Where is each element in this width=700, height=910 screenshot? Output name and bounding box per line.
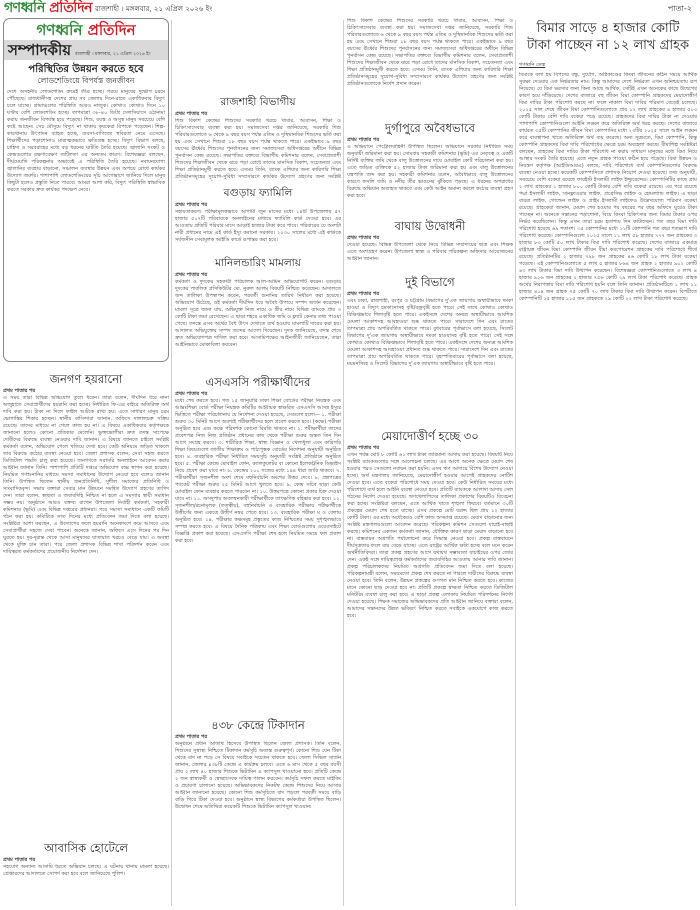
article-headline: রাজশাহী বিভাগীয়: [175, 96, 341, 109]
article-kicker: প্রথম পাতার পর: [347, 137, 513, 144]
article-body: সহায়তাকরণ। পরীক্ষামূলকভাবে আগামী জুন মা…: [175, 209, 341, 251]
article-body: অনুষ্ঠানে প্রধান অতিথি হিসেবে উপস্থিত ছি…: [175, 741, 341, 871]
article-kicker: প্রথম পাতার পর: [347, 445, 513, 452]
logo-part-green: গণধ্বনি: [4, 0, 45, 16]
editorial-logo: গণধ্বনি প্রতিদিন: [7, 21, 165, 39]
article-body: কর্মকর্তা ও দুদকের সহকারী পরিচালক আল-আমি…: [175, 279, 341, 370]
article-money-laundering: মানিলন্ডারিং মামলায় প্রথম পাতার পর কর্ম…: [175, 252, 341, 371]
article-headline: মানিলন্ডারিং মামলায়: [175, 257, 341, 270]
article-baghai: বাঘায় উদ্বোধনী প্রথম পাতার পর দেওয়া হয…: [347, 215, 513, 271]
article-jonogon: জনগণ হয়রানো প্রথম পাতার পর এ সময় তারা …: [3, 368, 169, 837]
article-headline: বগুড়ায় ফ্যামিলি: [175, 187, 341, 200]
article-byline: গণধ্বনি ডেস্ক: [519, 62, 697, 69]
article-kicker: প্রথম পাতার পর: [175, 391, 341, 398]
page-number: পাতা-২: [668, 3, 692, 16]
article-kicker: প্রথম পাতার পর: [175, 272, 341, 279]
article-body: এবং ঢাকা, রাজশাহী, রংপুর ও চট্টগ্রাম বিভ…: [347, 298, 513, 424]
editorial-date: রাজশাহী । মঙ্গলবার, ২১ এপ্রিল ২০২৬ ইং: [75, 51, 150, 58]
article-tika: ৪৩৮ কেন্দ্রে টিকাদান প্রথম পাতার পর অনুষ…: [175, 714, 341, 872]
column-divider: [343, 20, 344, 906]
article-body: এ সময় তারা বিভিন্ন অভিযোগ তুলে ধরেন। তা…: [3, 395, 169, 836]
column-3: শিশু বিকাশ কেন্দ্রের শিশুদের সরকারি খরচে…: [347, 18, 513, 910]
article-bima: বিমার সাড়ে ৪ হাজার কোটি টাকা পাচ্ছেন না…: [519, 18, 697, 891]
article-kicker: প্রথম পাতার পর: [347, 291, 513, 298]
article-kicker: প্রথম পাতার পর: [175, 202, 341, 209]
article-headline: এসএসসি পরীক্ষার্থীদের: [175, 376, 341, 389]
editorial-box: গণধ্বনি প্রতিদিন সম্পাদকীয় রাজশাহী । মঙ…: [3, 18, 169, 362]
editorial-band: সম্পাদকীয় রাজশাহী । মঙ্গলবার, ২১ এপ্রিল…: [4, 40, 168, 60]
article-body: দেওয়া হয়েছে। বিভিন্ন উপজেলা থেকে নিয়ে…: [347, 242, 513, 270]
article-body: সহযোগ অন্যান্য আসামি ধরতে অভিযান চলছে। এ…: [3, 864, 169, 878]
article-headline: দুই বিভাগে: [347, 276, 513, 289]
article-kicker: প্রথম পাতার পর: [175, 734, 341, 741]
article-body: শিশু বিকাশ কেন্দ্রের শিশুদের সরকারি খরচে…: [175, 118, 341, 181]
article-abashik: আবাসিক হোটেলে প্রথম পাতার পর সহযোগ অন্যা…: [3, 837, 169, 879]
article-rajshahi: রাজশাহী বিভাগীয় প্রথম পাতার পর শিশু বিক…: [175, 18, 341, 182]
column-4: বিমার সাড়ে ৪ হাজার কোটি টাকা পাচ্ছেন না…: [519, 18, 697, 910]
article-body: এ অভিযানে পেট্রোলবাহিনী উপস্থিত ছিলেন। অ…: [347, 144, 513, 214]
article-headline: জনগণ হয়রানো: [3, 373, 169, 386]
newspaper-logo: গণধ্বনি প্রতিদিন: [4, 0, 92, 16]
article-durgapur: দুর্গাপুরে অবৈধভাবে প্রথম পাতার পর এ অভি…: [347, 117, 513, 215]
article-headline: ৪৩৮ কেন্দ্রে টিকাদান: [175, 719, 341, 732]
dateline: রাজশাহী । মঙ্গলবার, ২১ এপ্রিল ২০২৬ ইং: [95, 3, 212, 15]
column-1: গণধ্বনি প্রতিদিন সম্পাদকীয় রাজশাহী । মঙ…: [3, 18, 169, 910]
editorial-subheadline: লোডশেডিংয়ে বিপর্যস্ত জনজীবন: [7, 76, 165, 86]
article-headline: বাঘায় উদ্বোধনী: [347, 220, 513, 233]
column-2: রাজশাহী বিভাগীয় প্রথম পাতার পর শিশু বিক…: [175, 18, 341, 910]
article-body: বিমাকে বলা হয় বিপদের বন্ধু, দুর্যোগ, অগ…: [519, 72, 697, 890]
article-headline-lead: বিমার সাড়ে ৪ হাজার কোটি টাকা পাচ্ছেন না…: [519, 20, 697, 54]
article-headline: মেয়াদোত্তীর্ণ হচ্ছে ৩০: [347, 430, 513, 443]
column-divider: [171, 20, 172, 906]
logo-part-red: প্রতিদিন: [49, 0, 92, 16]
article-headline: দুর্গাপুরে অবৈধভাবে: [347, 122, 513, 135]
article-body: মধ্যে শেষ করতে হবে। গত ১৫ জানুয়ারি ঢাকা…: [175, 398, 341, 713]
article-headline: আবাসিক হোটেলে: [3, 842, 169, 855]
editorial-headline: পরিস্থিতির উন্নয়ন করতে হবে: [7, 63, 165, 76]
article-bogura: বগুড়ায় ফ্যামিলি প্রথম পাতার পর সহায়তা…: [175, 182, 341, 252]
article-kicker: প্রথম পাতার পর: [3, 388, 169, 395]
article-body: এখন পর্যন্ত মোট ৮ কোটি ৬১ লাখ টাকা জরিমা…: [347, 452, 513, 844]
masthead: গণধ্বনি প্রতিদিন রাজশাহী । মঙ্গলবার, ২১ …: [0, 0, 700, 18]
article-kicker: প্রথম পাতার পর: [175, 111, 341, 118]
article-kicker: প্রথম পাতার পর: [347, 235, 513, 242]
column-divider: [515, 20, 516, 906]
article-dui-bibhag: দুই বিভাগে প্রথম পাতার পর এবং ঢাকা, রাজশ…: [347, 271, 513, 425]
article-meyadottirno: মেয়াদোত্তীর্ণ হচ্ছে ৩০ প্রথম পাতার পর এ…: [347, 425, 513, 845]
editorial-section-title: সম্পাদকীয়: [8, 41, 71, 59]
editorial-body: দেশে অসহনীয় লোডশেডিং ক্রমেই তীব্র হচ্ছে…: [7, 89, 165, 357]
article-continuation: শিশু বিকাশ কেন্দ্রের শিশুদের সরকারি খরচে…: [347, 18, 513, 116]
article-kicker: প্রথম পাতার পর: [3, 857, 169, 864]
editorial-logo-green: গণধ্বনি: [36, 21, 82, 39]
editorial-logo-red: প্রতিদিন: [88, 21, 136, 39]
article-ssc: এসএসসি পরীক্ষার্থীদের প্রথম পাতার পর মধ্…: [175, 371, 341, 714]
